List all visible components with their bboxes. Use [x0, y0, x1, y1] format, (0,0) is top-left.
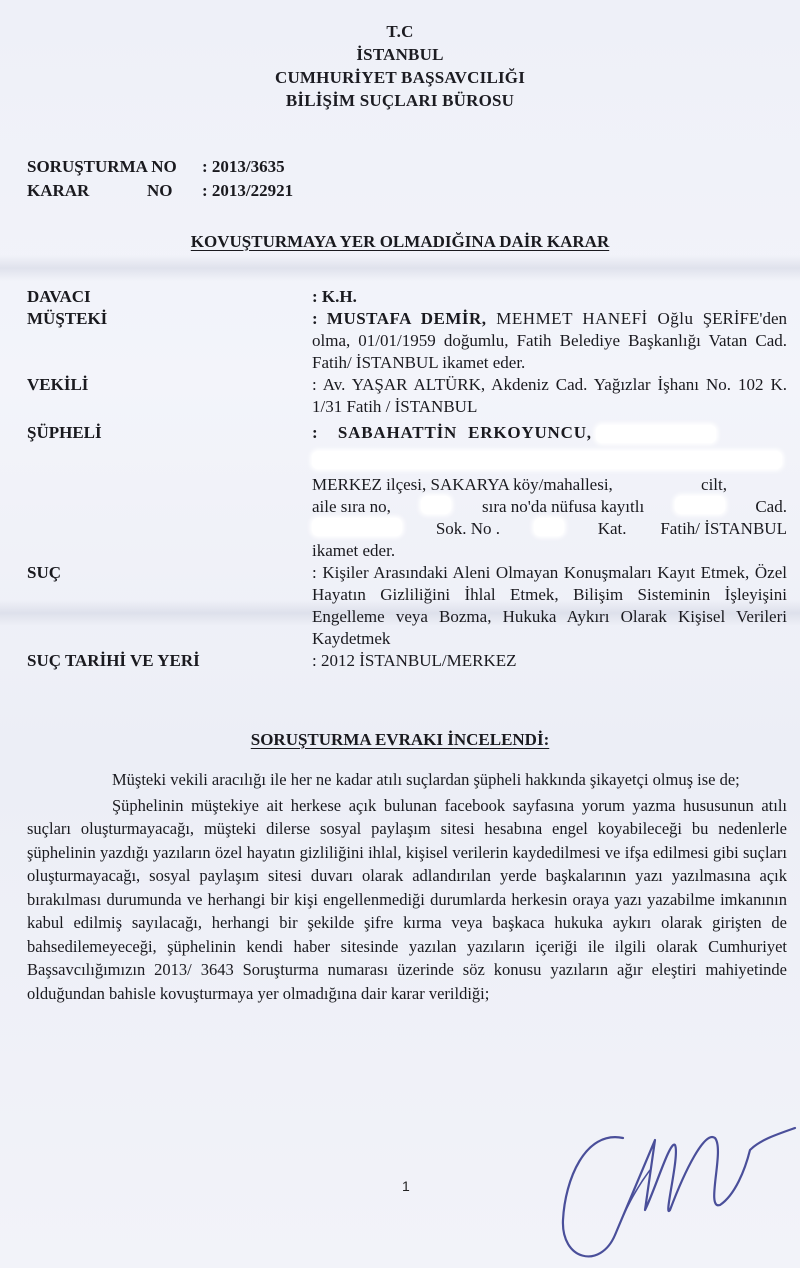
header-office: CUMHURİYET BAŞSAVCILIĞI — [0, 66, 800, 89]
party-value: : SABAHATTİN ERKOYUNCU, MERKEZ ilçesi, S… — [312, 422, 787, 562]
party-value: : Av. YAŞAR ALTÜRK, Akdeniz Cad. Yağızla… — [312, 374, 787, 418]
page-number: 1 — [402, 1178, 410, 1194]
header-country: T.C — [0, 20, 800, 43]
party-value: : Kişiler Arasındaki Aleni Olmayan Konuş… — [312, 562, 787, 650]
paper-fold-shadow — [0, 255, 800, 281]
party-value: : 2012 İSTANBUL/MERKEZ — [312, 650, 787, 672]
investigation-number-label: SORUŞTURMA NO — [27, 155, 202, 179]
party-vekili: VEKİLİ : Av. YAŞAR ALTÜRK, Akdeniz Cad. … — [27, 374, 787, 418]
parties-section: DAVACI : K.H. MÜŞTEKİ : MUSTAFA DEMİR, M… — [27, 286, 787, 672]
suspect-address-end: ikamet eder. — [312, 540, 787, 562]
redacted-block — [421, 496, 451, 514]
suspect-name: SABAHATTİN ERKOYUNCU, — [338, 423, 592, 442]
party-suc: SUÇ : Kişiler Arasındaki Aleni Olmayan K… — [27, 562, 787, 650]
party-suc-tarihi: SUÇ TARİHİ VE YERİ : 2012 İSTANBUL/MERKE… — [27, 650, 787, 672]
suspect-address-city: Fatih/ İSTANBUL — [660, 518, 787, 540]
redacted-block — [596, 425, 716, 443]
body-paragraph-2: Şüphelinin müştekiye ait herkese açık bu… — [27, 794, 787, 1006]
party-label: MÜŞTEKİ — [27, 308, 312, 374]
party-musteki: MÜŞTEKİ : MUSTAFA DEMİR, MEHMET HANEFİ O… — [27, 308, 787, 374]
complainant-father: MEHMET HANEFİ Oğlu — [487, 309, 694, 328]
document-title: KOVUŞTURMAYA YER OLMADIĞINA DAİR KARAR — [0, 232, 800, 252]
party-label: DAVACI — [27, 286, 312, 308]
redacted-block — [312, 451, 782, 469]
suspect-address-sok: Sok. No . — [436, 518, 500, 540]
document-header: T.C İSTANBUL CUMHURİYET BAŞSAVCILIĞI BİL… — [0, 20, 800, 112]
party-value: : K.H. — [312, 286, 787, 308]
decision-body: Müşteki vekili aracılığı ile her ne kada… — [27, 768, 787, 1005]
party-label: VEKİLİ — [27, 374, 312, 418]
complainant-name: MUSTAFA DEMİR, — [327, 309, 487, 328]
party-label: SUÇ TARİHİ VE YERİ — [27, 650, 312, 672]
party-label: SUÇ — [27, 562, 312, 650]
redacted-line — [312, 448, 787, 470]
suspect-address-sira: sıra no'da nüfusa kayıtlı — [482, 496, 644, 518]
section-title: SORUŞTURMA EVRAKI İNCELENDİ: — [0, 730, 800, 750]
decision-no-label: NO — [147, 179, 202, 203]
investigation-number-value: : 2013/3635 — [202, 155, 285, 179]
decision-label: KARAR — [27, 179, 147, 203]
suspect-address-cad: Cad. — [755, 496, 787, 518]
redacted-block — [675, 496, 725, 514]
redacted-block — [534, 518, 564, 536]
party-value: : MUSTAFA DEMİR, MEHMET HANEFİ Oğlu ŞERİ… — [312, 308, 787, 374]
colon-prefix: : — [312, 309, 327, 328]
colon-prefix: : — [312, 423, 318, 442]
redacted-block — [312, 518, 402, 536]
header-bureau: BİLİŞİM SUÇLARI BÜROSU — [0, 89, 800, 112]
suspect-address-kat: Kat. — [598, 518, 627, 540]
suspect-address-cilt: cilt, — [701, 474, 727, 496]
body-paragraph-1: Müşteki vekili aracılığı ile her ne kada… — [27, 768, 787, 792]
reference-numbers: SORUŞTURMA NO : 2013/3635 KARAR NO : 201… — [27, 155, 293, 203]
document-page: T.C İSTANBUL CUMHURİYET BAŞSAVCILIĞI BİL… — [0, 0, 800, 1268]
party-label: ŞÜPHELİ — [27, 422, 312, 562]
party-davaci: DAVACI : K.H. — [27, 286, 787, 308]
investigation-number-row: SORUŞTURMA NO : 2013/3635 — [27, 155, 293, 179]
suspect-address-line-a: MERKEZ ilçesi, SAKARYA köy/mahallesi, — [312, 474, 613, 496]
decision-number-value: : 2013/22921 — [202, 179, 293, 203]
suspect-address-aile: aile sıra no, — [312, 496, 391, 518]
party-supheli: ŞÜPHELİ : SABAHATTİN ERKOYUNCU, MERKEZ i… — [27, 422, 787, 562]
header-city: İSTANBUL — [0, 43, 800, 66]
signature-icon — [505, 1110, 800, 1268]
decision-number-row: KARAR NO : 2013/22921 — [27, 179, 293, 203]
